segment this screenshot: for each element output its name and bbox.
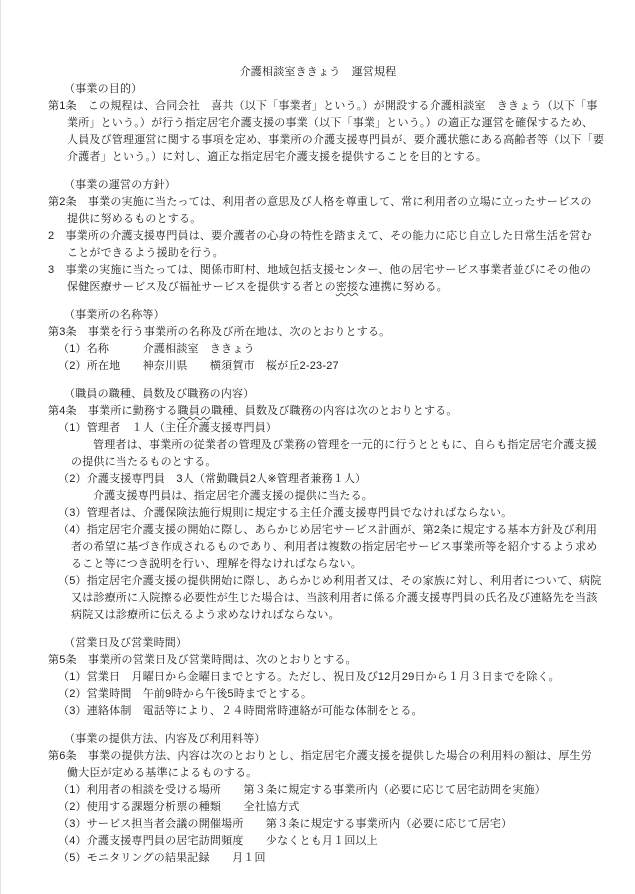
- doc-line: （4）指定居宅介護支援の開始に際し、あらかじめ居宅サービス計画が、第2条に規定す…: [1, 522, 635, 539]
- text-segment: 保健医療サービス及び福祉サービスを提供する者との: [67, 281, 336, 293]
- spellcheck-wavy-underline: 職員の: [178, 405, 212, 417]
- doc-line: （5）モニタリングの結果記録 月１回: [1, 850, 635, 867]
- section-heading: （職員の職種、員数及び職務の内容）: [1, 386, 635, 403]
- doc-line: （1）管理者 １人（主任介護支援専門員）: [1, 420, 635, 437]
- document-title: 介護相談室ききょう 運営規程: [1, 64, 635, 81]
- doc-line: 第6条 事業の提供方法、内容は次のとおりとし、指定居宅介護支援を提供した場合の利…: [1, 748, 635, 765]
- section-heading: （事業の提供方法、内容及び利用料等）: [1, 731, 635, 748]
- doc-line: ことができるよう援助を行う。: [1, 245, 635, 262]
- doc-line: 又は診療所に入院擦る必要性が生じた場合は、当該利用者に係る介護支援専門員の氏名及…: [1, 590, 635, 607]
- section-name-location: （事業所の名称等） 第3条 事業を行う事業所の名称及び所在地は、次のとおりとする…: [1, 307, 635, 375]
- doc-line: （1）利用者の相談を受ける場所 第３条に規定する事業所内（必要に応じて居宅訪問を…: [1, 782, 635, 799]
- doc-line: 第5条 事業所の営業日及び営業時間は、次のとおりとする。: [1, 652, 635, 669]
- doc-line: 第2条 事業の実施に当たっては、利用者の意思及び人格を尊重して、常に利用者の立場…: [1, 194, 635, 211]
- section-heading: （営業日及び営業時間）: [1, 635, 635, 652]
- doc-line: （3）サービス担当者会議の開催場所 第３条に規定する事業所内（必要に応じて居宅）: [1, 816, 635, 833]
- section-business-hours: （営業日及び営業時間） 第5条 事業所の営業日及び営業時間は、次のとおりとする。…: [1, 635, 635, 720]
- doc-line: 2 事業所の介護支援専門員は、要介護者の心身の特性を踏まえて、その能力に応じ自立…: [1, 228, 635, 245]
- doc-line: ること等につき説明を行い、理解を得なければならない。: [1, 556, 635, 573]
- doc-line: 3 事業の実施に当たっては、関係市町村、地域包括支援センター、他の居宅サービス事…: [1, 262, 635, 279]
- doc-line: （5）指定居宅介護支援の提供開始に際し、あらかじめ利用者又は、その家族に対し、利…: [1, 573, 635, 590]
- doc-line: 働大臣が定める基準によるものする。: [1, 765, 635, 782]
- doc-line: 第4条 事業所に勤務する職員の職種、員数及び職務の内容は次のとおりとする。: [1, 403, 635, 420]
- section-heading: （事業の運営の方針）: [1, 177, 635, 194]
- doc-line: 介護支援専門員は、指定居宅介護支援の提供に当たる。: [1, 488, 635, 505]
- text-segment: 第4条 事業所に勤務する: [48, 405, 178, 417]
- section-heading: （事業所の名称等）: [1, 307, 635, 324]
- doc-line: 者の希望に基づき作成されるものであり、利用者は複数の指定居宅サービス事業所等を紹…: [1, 539, 635, 556]
- doc-line: 提供に努めるものとする。: [1, 211, 635, 228]
- spellcheck-wavy-underline: 密接: [336, 281, 358, 293]
- section-service-method: （事業の提供方法、内容及び利用料等） 第6条 事業の提供方法、内容は次のとおりと…: [1, 731, 635, 867]
- doc-line: （3）連絡体制 電話等により、２４時間常時連絡が可能な体制をとる。: [1, 703, 635, 720]
- doc-line: の提供に当たるものとする。: [1, 454, 635, 471]
- doc-line: （1）営業日 月曜日から金曜日までとする。ただし、祝日及び12月29日から１月３…: [1, 669, 635, 686]
- doc-line: （3）管理者は、介護保険法施行規則に規定する主任介護支援専門員でなければならない…: [1, 505, 635, 522]
- section-purpose: （事業の目的） 第1条 この規程は、合同会社 喜共（以下「事業者」という。）が開…: [1, 81, 635, 166]
- doc-line: 第1条 この規程は、合同会社 喜共（以下「事業者」という。）が開設する介護相談室…: [1, 98, 635, 115]
- doc-line: （1）名称 介護相談室 ききょう: [1, 341, 635, 358]
- document-page: 介護相談室ききょう 運営規程 （事業の目的） 第1条 この規程は、合同会社 喜共…: [0, 0, 635, 894]
- doc-line: （2）所在地 神奈川県 横須賀市 桜が丘2-23-27: [1, 358, 635, 375]
- doc-line: 人員及び管理運営に関する事項を定め、事業所の介護支援専門員が、要介護状態にある高…: [1, 132, 635, 149]
- text-segment: 職種、員数及び職務の内容は次のとおりとする。: [211, 405, 457, 417]
- doc-line: （2）営業時間 午前9時から午後5時までとする。: [1, 686, 635, 703]
- doc-line: 介護者」という。）に対し、適正な指定居宅介護支援を提供することを目的とする。: [1, 149, 635, 166]
- doc-line: 管理者は、事業所の従業者の管理及び業務の管理を一元的に行うとともに、自らも指定居…: [1, 437, 635, 454]
- doc-line: 病院又は診療所に伝えるよう求めなければならない。: [1, 607, 635, 624]
- doc-line: （2）使用する課題分析票の種類 全社協方式: [1, 799, 635, 816]
- doc-line: 第3条 事業を行う事業所の名称及び所在地は、次のとおりとする。: [1, 324, 635, 341]
- section-policy: （事業の運営の方針） 第2条 事業の実施に当たっては、利用者の意思及び人格を尊重…: [1, 177, 635, 296]
- doc-line: （4）介護支援専門員の居宅訪問頻度 少なくとも月１回以上: [1, 833, 635, 850]
- text-segment: な連携に努める。: [358, 281, 448, 293]
- section-heading: （事業の目的）: [1, 81, 635, 98]
- doc-line: （2）介護支援専門員 3人（常勤職員2人※管理者兼務１人）: [1, 471, 635, 488]
- doc-line: 保健医療サービス及び福祉サービスを提供する者との密接な連携に努める。: [1, 279, 635, 296]
- doc-line: 業所」という。）が行う指定居宅介護支援の事業（以下「事業」という。）の適正な運営…: [1, 115, 635, 132]
- section-staff: （職員の職種、員数及び職務の内容） 第4条 事業所に勤務する職員の職種、員数及び…: [1, 386, 635, 624]
